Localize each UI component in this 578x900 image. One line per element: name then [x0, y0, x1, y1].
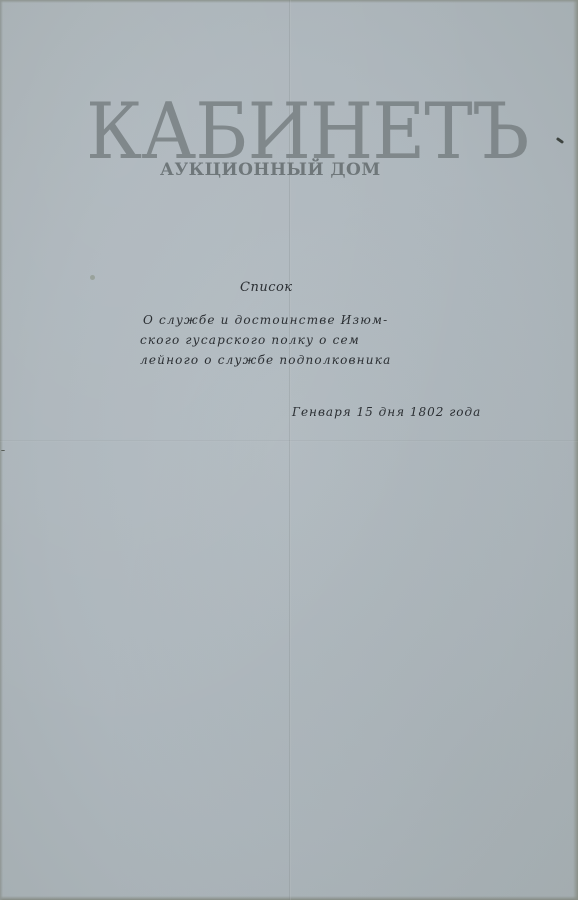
horizontal-fold-line	[0, 440, 578, 442]
body-line-2: ского гусарского полку о сем	[140, 333, 360, 347]
body-line-1: О службе и достоинстве Изюм-	[143, 313, 388, 327]
ink-speck	[556, 137, 564, 144]
document-heading: Список	[240, 280, 293, 295]
edge-mark	[1, 450, 5, 451]
document-scan: КАБИНЕТЪ АУКЦИОННЫЙ ДОМ Список О службе …	[0, 0, 578, 900]
paper-edge-right	[573, 0, 578, 900]
body-line-3: лейного о службе подполковника	[140, 353, 391, 367]
watermark-subtitle: АУКЦИОННЫЙ ДОМ	[160, 160, 381, 180]
stain-spot	[90, 275, 95, 280]
date-line: Генваря 15 дня 1802 года	[292, 405, 481, 419]
